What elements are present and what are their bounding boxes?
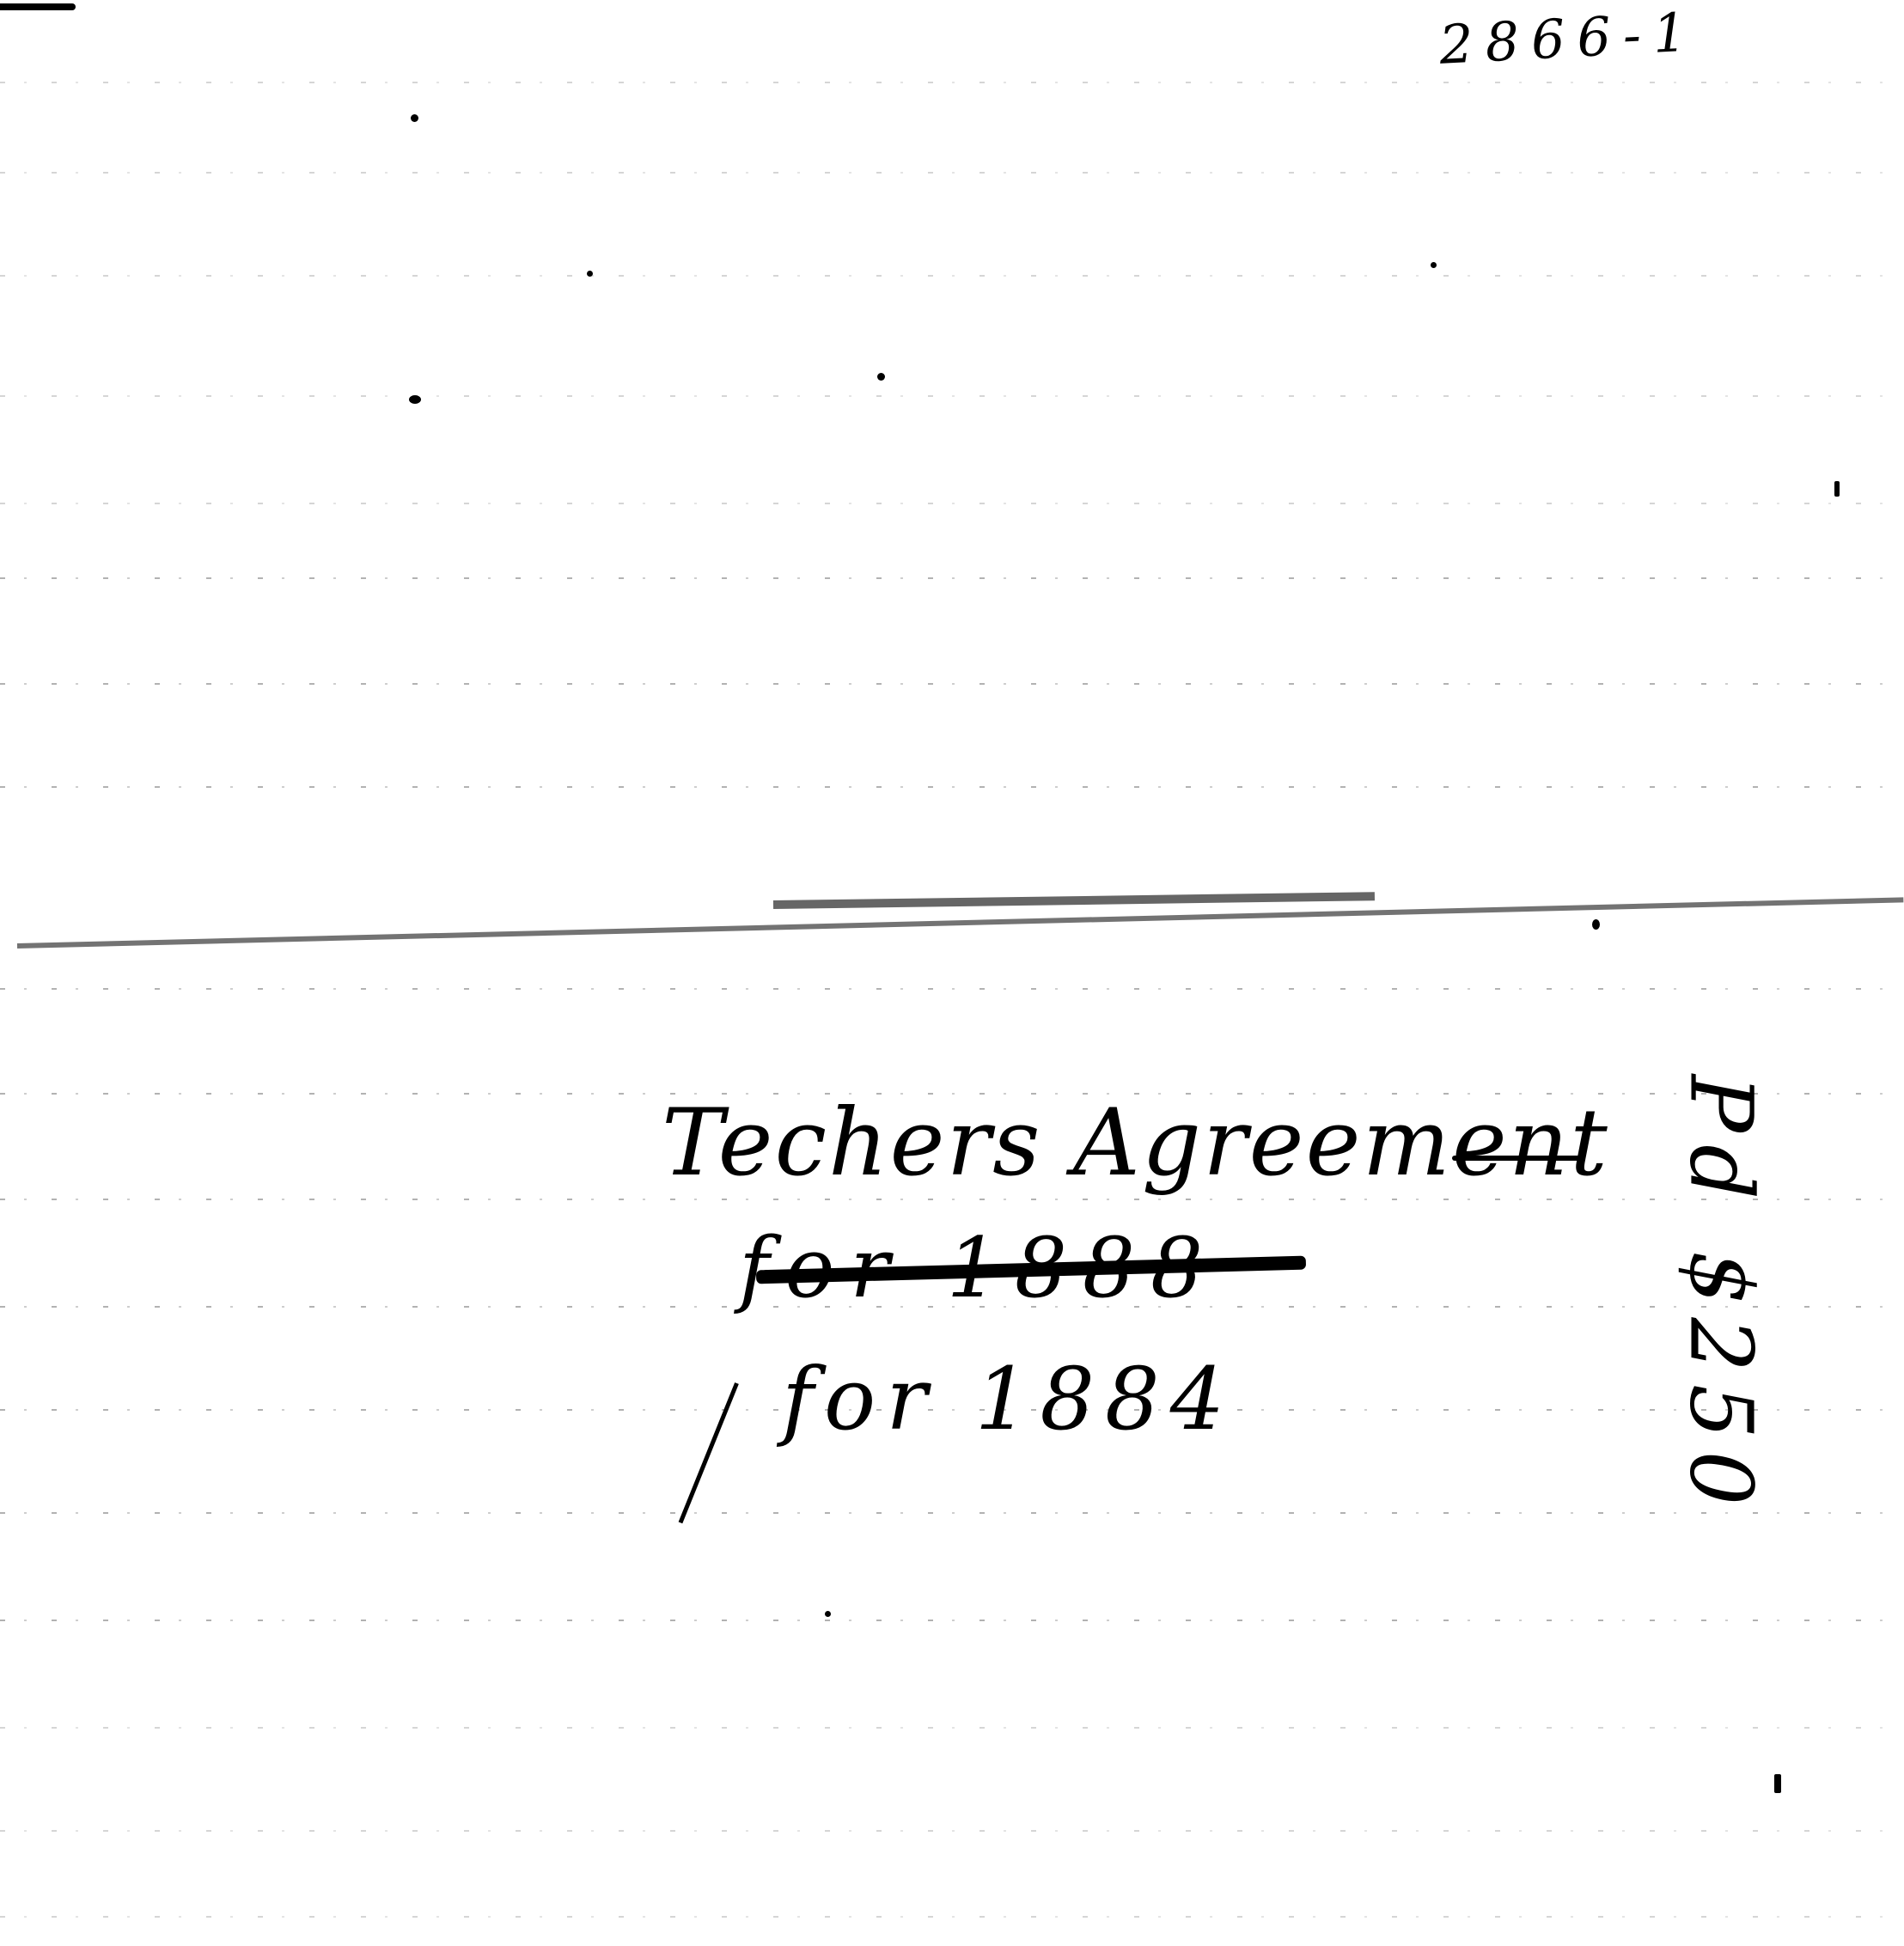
ink-dot	[587, 271, 593, 277]
ink-dot	[877, 373, 885, 381]
ruled-line	[0, 577, 1904, 579]
year-line: for 1884	[782, 1349, 1235, 1449]
ruled-line	[0, 395, 1904, 397]
document-title: Techers Agreement	[662, 1089, 1609, 1197]
catalog-number: 2866-1	[1437, 0, 1700, 76]
ruled-line	[0, 988, 1904, 990]
ink-dot	[825, 1611, 831, 1617]
edge-ink-mark	[0, 3, 76, 10]
title-underline-flourish	[1452, 1156, 1585, 1161]
payment-note: Pd $250	[1670, 1075, 1771, 1518]
ruled-line	[0, 1199, 1904, 1200]
ink-dot	[411, 114, 418, 122]
ruled-line	[0, 683, 1904, 685]
ink-dot	[1431, 262, 1437, 268]
ink-dot	[1774, 1774, 1781, 1793]
year-flourish-stroke	[679, 1382, 739, 1523]
scanned-document-page: 2866-1 Techers Agreement for 1888 for 18…	[0, 0, 1904, 1946]
ink-dot	[409, 395, 421, 404]
ruled-line	[0, 82, 1904, 83]
ruled-line	[0, 1830, 1904, 1832]
ruled-line	[0, 1727, 1904, 1729]
ruled-line	[0, 786, 1904, 788]
ruled-line	[0, 503, 1904, 504]
ruled-line	[0, 275, 1904, 277]
ruled-line	[0, 1620, 1904, 1621]
ruled-line	[0, 172, 1904, 174]
ink-dot	[1592, 919, 1600, 930]
ruled-line	[0, 1916, 1904, 1918]
ruled-line	[0, 1512, 1904, 1514]
fold-smear	[773, 892, 1375, 909]
ink-dot	[1834, 481, 1840, 497]
